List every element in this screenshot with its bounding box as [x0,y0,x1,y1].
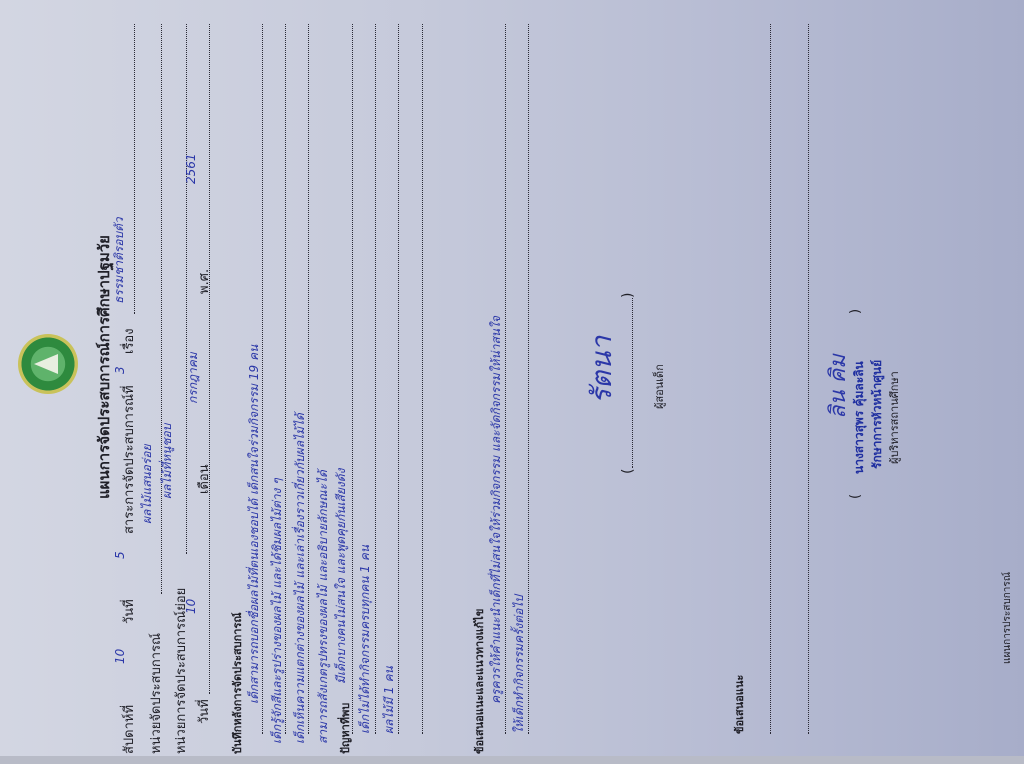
date-value: 10 [184,599,198,614]
week-label: สัปดาห์ที่ [118,705,139,754]
record-dotted-line [262,24,263,734]
topic-value: ธรรมชาติรอบตัว [110,217,129,304]
record-dotted-line [422,24,423,734]
footer-text: แผนการประสบการณ์ [1000,572,1015,664]
comment-dotted-line [770,24,771,734]
institution-logo [18,334,78,394]
date-dotted-line [209,24,210,694]
day-label: วันที่ [118,599,139,624]
teacher-role: ผู้สอนเด็ก [650,364,668,409]
topic-dotted-line [134,24,135,314]
suggestion-dotted-line [528,24,529,734]
problem-line: มีเด็กบางคนไม่สนใจ และพูดคุยกันเสียงดัง [332,469,351,684]
suggestion-line: ให้เด็กทำกิจกรรมครั้งต่อไป [510,595,529,734]
record-dotted-line [398,24,399,734]
suggestion-line: ครูควรให้คำแนะนำเด็กที่ไม่สนใจให้ร่วมกิจ… [487,316,506,704]
background-edge-bottom [0,756,1024,764]
record-section-heading: บันทึกหลังการจัดประสบการณ์ [228,612,246,754]
unit-dotted-line [161,24,162,594]
year-label: พ.ศ. [193,269,214,294]
record-line: สามารถสังเกตรูปทรงของผลไม้ และอธิบายลักษ… [314,470,333,744]
record-dotted-line [285,24,286,734]
problem-line: ผลไม้มี 1 คน [380,666,399,734]
comment-dotted-line [808,24,809,734]
suggestion-section-heading: ข้อเสนอแนะและแนวทางแก้ไข [470,609,488,754]
subject-value: 3 [113,366,127,374]
record-dotted-line [375,24,376,734]
subject-label: สาระการจัดประสบการณ์ที่ [118,385,139,534]
unit-value: ผลไม้แสนอร่อย [138,445,157,524]
teacher-signature-open-paren: ( [620,469,636,474]
subunit-value: ผลไม้ที่หนูชอบ [158,424,177,499]
director-signature-open-paren: ( [848,494,863,499]
month-value: กรกฎาคม [184,352,203,404]
week-value: 10 [113,649,127,664]
director-name: นางสาวสุพร คุ้มละลิน [850,361,869,474]
day-value: 5 [113,551,127,559]
topic-label: เรื่อง [118,328,139,354]
teacher-signature-close-paren: ) [620,293,636,298]
logo-emblem-icon [34,354,58,374]
suggestion-dotted-line [505,24,506,734]
teacher-signature-line [632,298,633,468]
comment-section-heading: ข้อเสนอแนะ [730,675,748,734]
director-role: ผู้บริหารสถานศึกษา [885,371,903,464]
subunit-dotted-line [186,24,187,554]
director-signature-close-paren: ) [848,309,863,314]
unit-label: หน่วยจัดประสบการณ์ [145,633,166,754]
record-dotted-line [308,24,309,734]
year-value: 2561 [184,153,198,184]
problem-line: เด็กไม่ได้ทำกิจกรรมครบทุกคน 1 คน [356,545,375,734]
month-label: เดือน [193,464,214,494]
date-label: วันที่ [193,699,214,724]
record-dotted-line [352,24,353,734]
document-page: แผนการจัดประสบการณ์การศึกษาปฐมวัย สัปดาห… [0,0,1024,764]
teacher-signature: รัตนา [580,336,624,404]
